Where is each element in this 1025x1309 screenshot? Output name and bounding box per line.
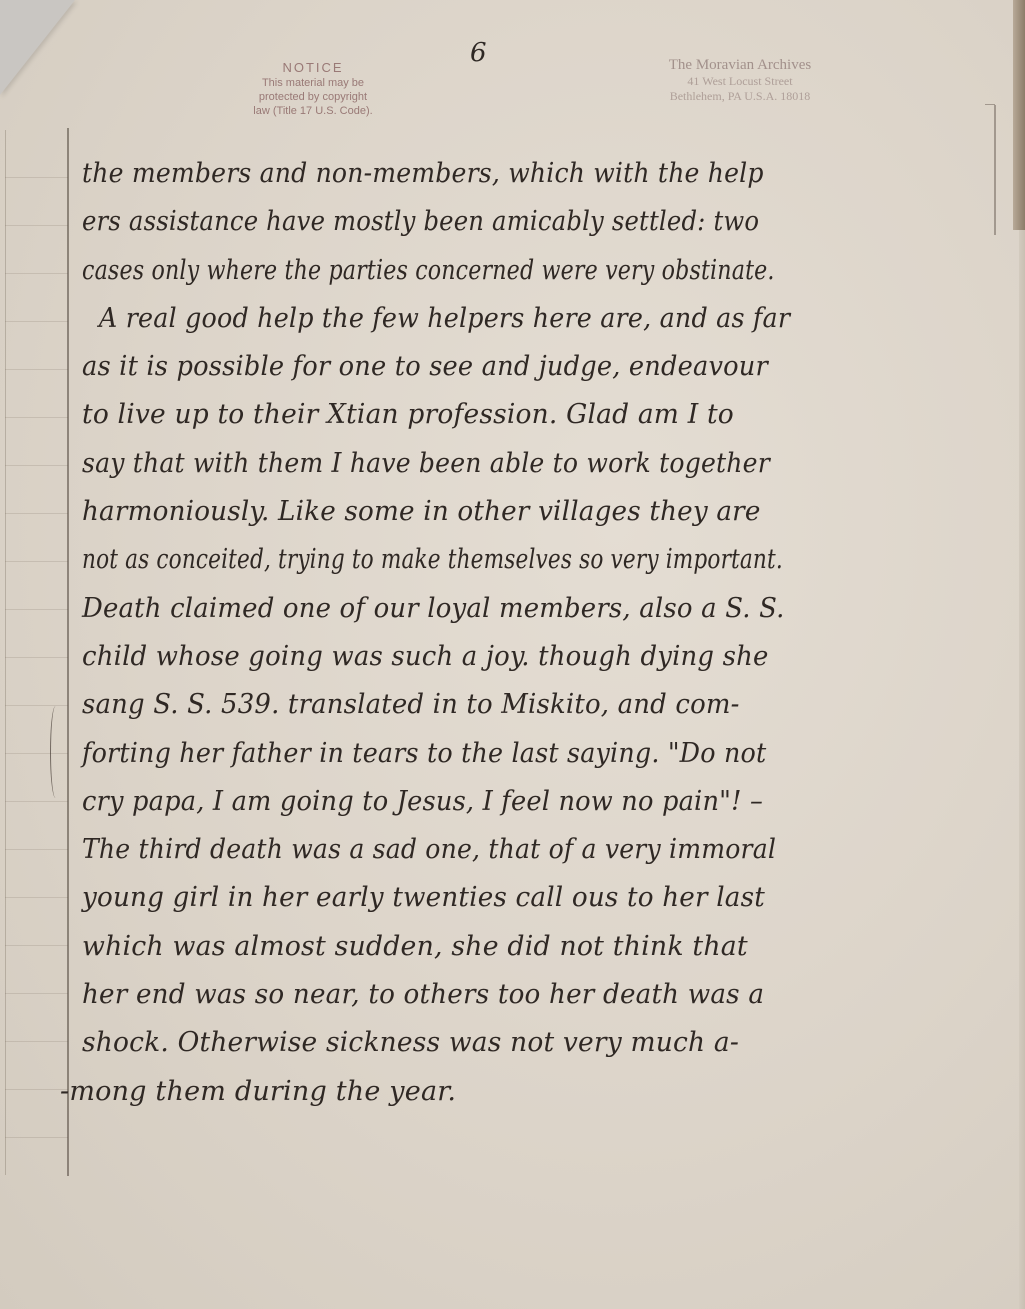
archive-address-stamp: The Moravian Archives 41 West Locust Str… [630, 56, 850, 104]
notice-line: law (Title 17 U.S. Code). [228, 104, 398, 118]
margin-bracket-mark [50, 706, 61, 798]
handwritten-line: her end was so near, to others too her d… [82, 971, 970, 1019]
archive-street: 41 West Locust Street [630, 74, 850, 89]
handwritten-body: the members and non-members, which with … [82, 150, 997, 1116]
page-edge-shadow [1019, 230, 1025, 1309]
handwritten-line: -mong them during the year. [60, 1068, 997, 1116]
margin-ruled-grid [5, 130, 68, 1175]
handwritten-line: Death claimed one of our loyal members, … [82, 585, 960, 633]
handwritten-line: not as conceited, trying to make themsel… [82, 536, 814, 584]
handwritten-line: which was almost sudden, she did not thi… [82, 923, 988, 971]
handwritten-line: harmoniously. Like some in other village… [82, 488, 970, 536]
handwritten-line: young girl in her early twenties call ou… [82, 874, 970, 922]
handwritten-line: to live up to their Xtian profession. Gl… [82, 391, 979, 439]
handwritten-line: as it is possible for one to see and jud… [82, 343, 951, 391]
handwritten-line: say that with them I have been able to w… [82, 440, 933, 488]
handwritten-line: forting her father in tears to the last … [82, 730, 942, 778]
archive-city: Bethlehem, PA U.S.A. 18018 [630, 89, 850, 104]
handwritten-line: sang S. S. 539. translated in to Miskito… [82, 681, 960, 729]
margin-rule-line [67, 128, 69, 1176]
notice-line: This material may be [228, 76, 398, 90]
handwritten-line: cry papa, I am going to Jesus, I feel no… [82, 778, 951, 826]
page-edge [1013, 0, 1025, 230]
notice-title: NOTICE [228, 60, 398, 75]
handwritten-line: A real good help the few helpers here ar… [82, 295, 942, 343]
handwritten-line: The third death was a sad one, that of a… [82, 826, 933, 874]
handwritten-line: child whose going was such a joy. though… [82, 633, 960, 681]
document-page: NOTICE This material may be protected by… [0, 0, 1025, 1309]
folded-corner [0, 0, 75, 95]
page-number: 6 [470, 38, 487, 68]
handwritten-line: ers assistance have mostly been amicably… [82, 198, 906, 246]
archive-name: The Moravian Archives [630, 56, 850, 74]
notice-line: protected by copyright [228, 90, 398, 104]
handwritten-line: shock. Otherwise sickness was not very m… [82, 1019, 979, 1067]
handwritten-line: cases only where the parties concerned w… [82, 247, 832, 295]
handwritten-line: the members and non-members, which with … [82, 150, 933, 198]
copyright-notice-stamp: NOTICE This material may be protected by… [228, 60, 398, 118]
